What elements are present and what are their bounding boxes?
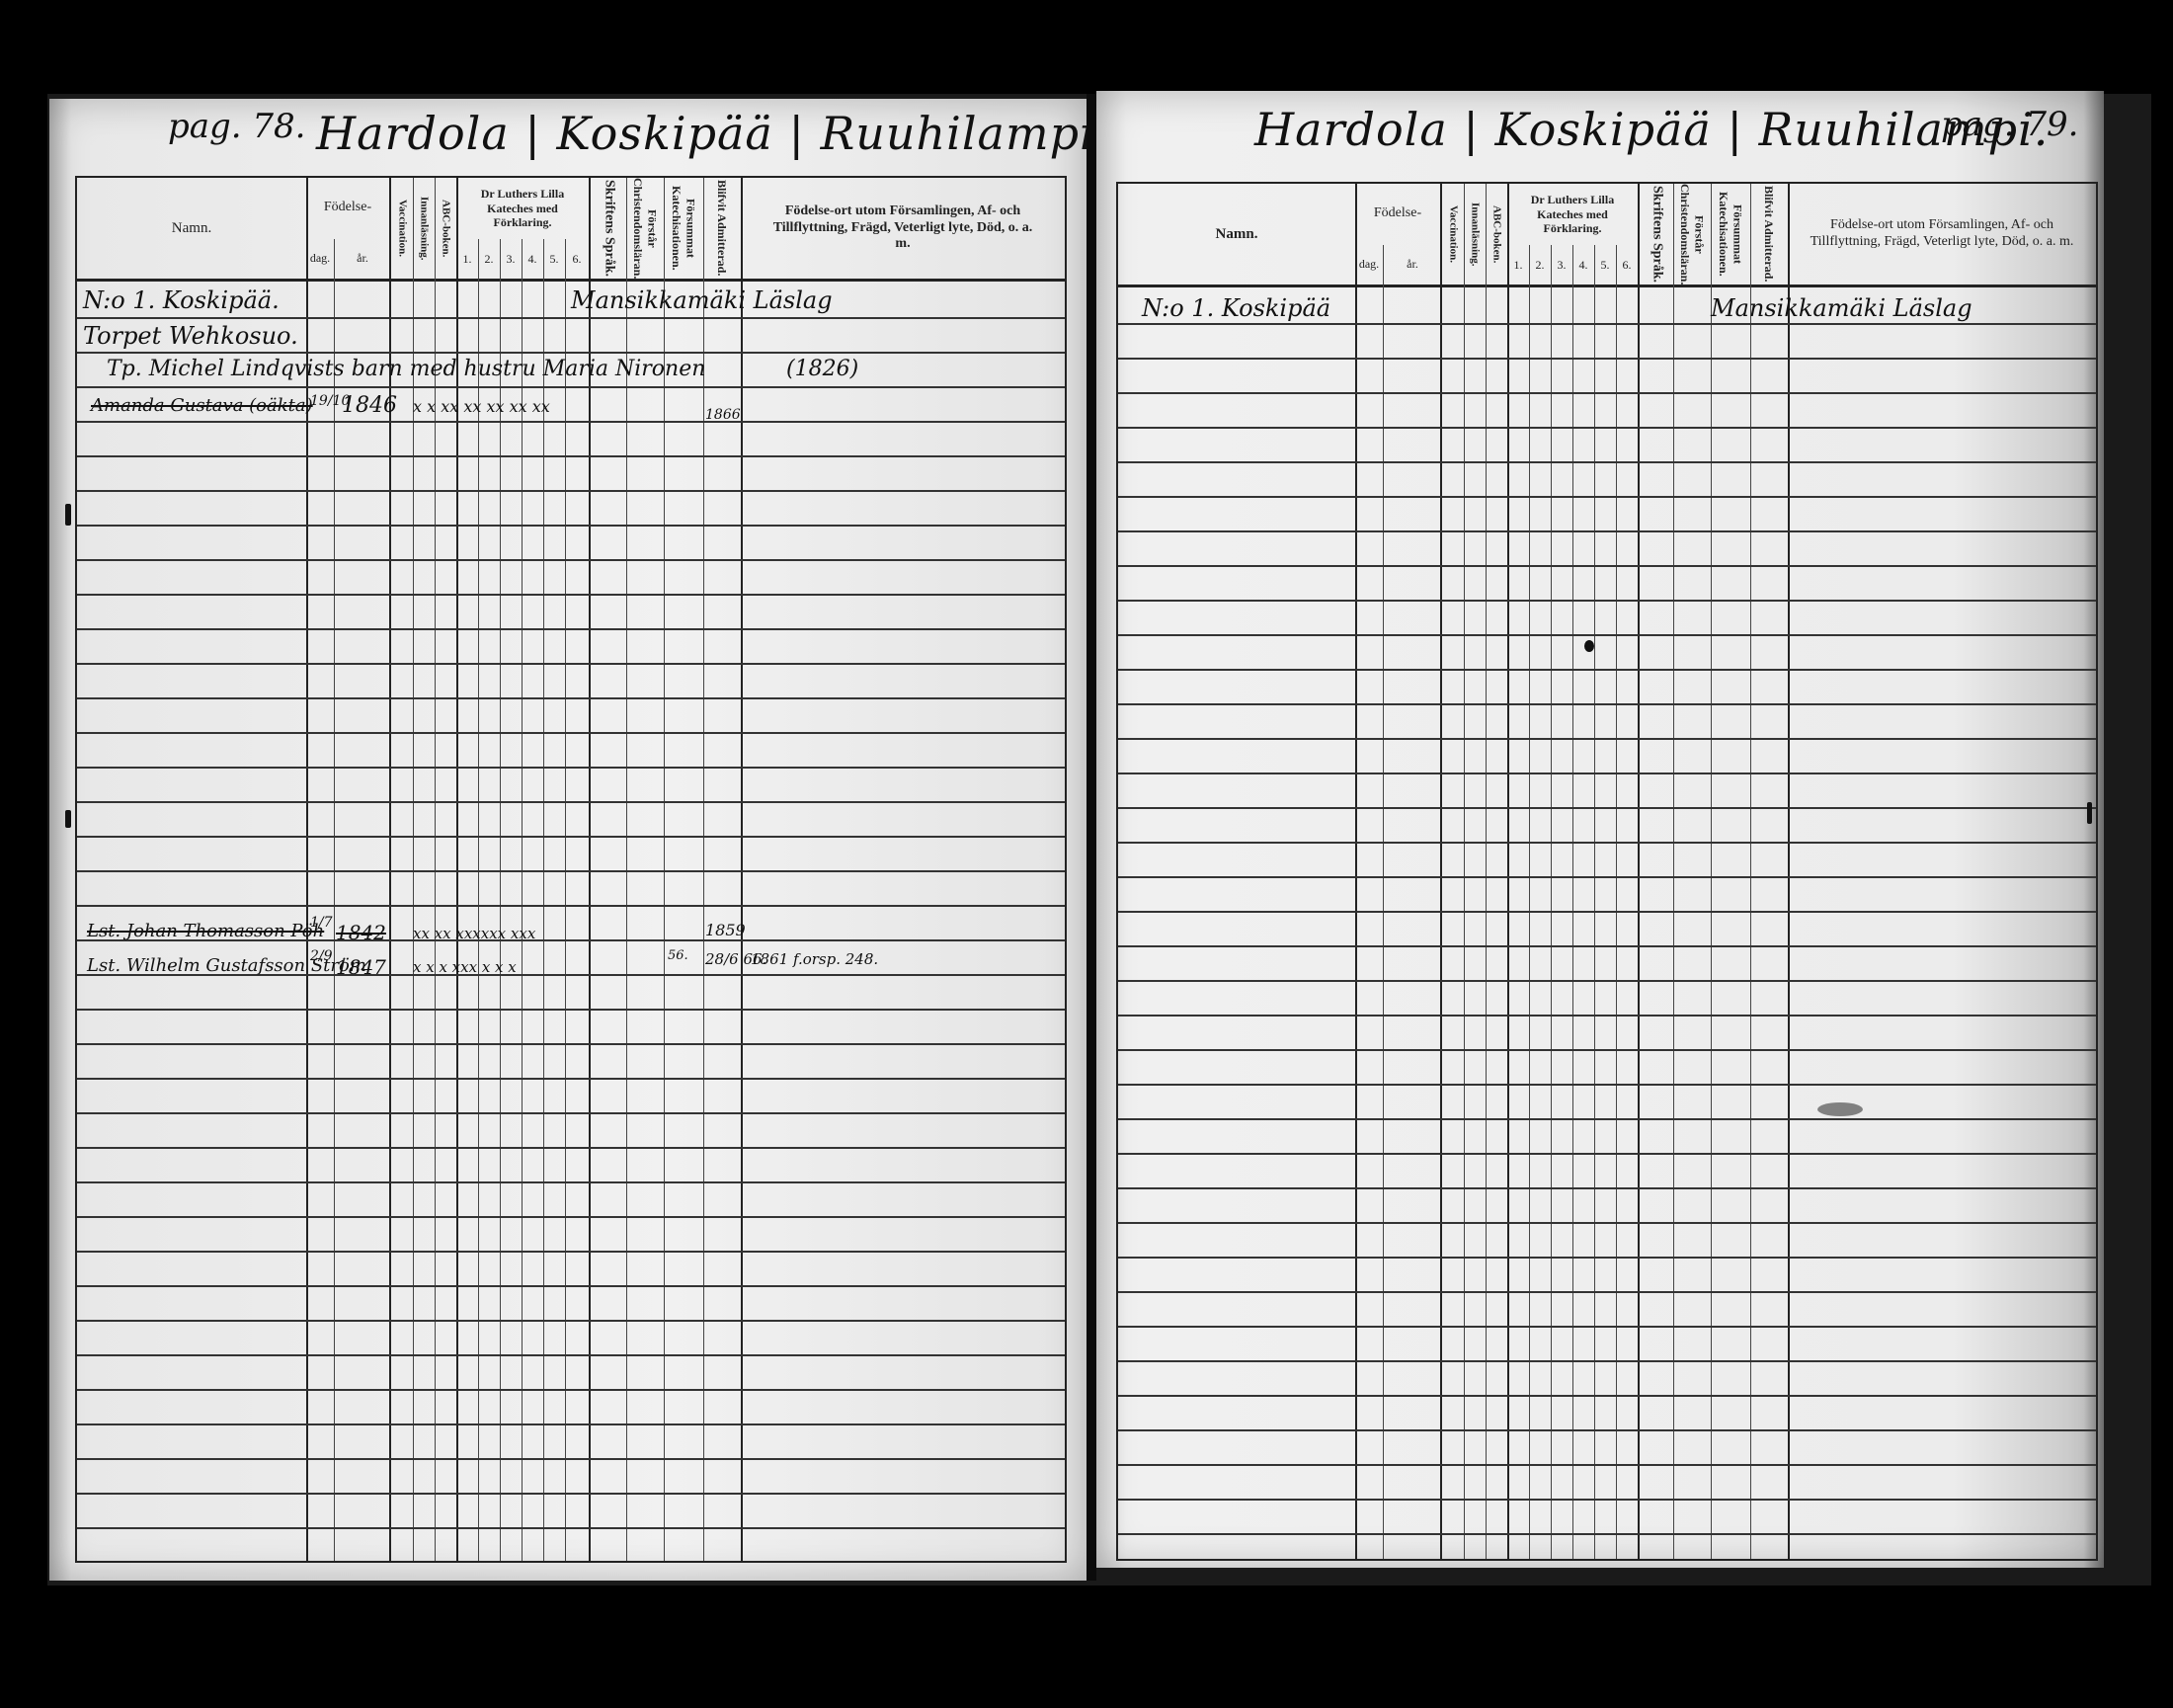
page-heading-left: Hardola | Koskipää | Ruuhilampi. — [316, 107, 1110, 160]
entry-forsummat: 56. — [668, 948, 688, 963]
col-header-namn: Namn. — [77, 178, 306, 279]
col-header-forsummat: Försummat Katechisationen. — [1711, 184, 1750, 285]
page-number-left: pag. 78. — [168, 107, 306, 146]
col-header-katekes-2: 2. — [1529, 247, 1551, 283]
col-header-admitterad: Blifvit Admitterad. — [703, 178, 741, 279]
entry-birth-year: 1846 — [342, 393, 397, 418]
col-header-namn: Namn. — [1118, 184, 1355, 285]
col-header-katekes: Dr Luthers Lilla Kateches med Förklaring… — [456, 178, 589, 239]
register-table-left: Namn. Födelse- dag. år. Vaccination. Inn… — [75, 176, 1067, 1563]
left-page: pag. 78. Hardola | Koskipää | Ruuhilampi… — [49, 99, 1086, 1581]
col-header-innanlasning: Innanläsning. — [1464, 184, 1486, 285]
col-header-forsummat: Försummat Katechisationen. — [664, 178, 703, 279]
col-header-katekes-3: 3. — [1551, 247, 1572, 283]
book-gutter — [1086, 94, 1096, 1581]
entry-birth-year: 1847 — [336, 955, 386, 979]
col-header-ar: år. — [1385, 245, 1440, 283]
entry-reading-district: Mansikkamäki Läslag — [1711, 294, 1972, 322]
right-page: Hardola | Koskipää | Ruuhilampi. pag. 79… — [1096, 91, 2104, 1568]
entry-family-year: (1826) — [786, 357, 858, 381]
col-header-fodelseort: Födelse-ort utom Församlingen, Af- och T… — [741, 178, 1065, 279]
entry-person-name: Amanda Gustava (oäkta) — [91, 395, 313, 416]
col-header-forstar: Förstår Christendomsläran. — [626, 178, 664, 279]
col-header-katekes-3: 3. — [500, 241, 522, 277]
col-header-fodelseort: Födelse-ort utom Församlingen, Af- och T… — [1788, 184, 2096, 285]
entry-birth-day: 2/9 — [310, 948, 333, 964]
col-header-abc: ABC-boken. — [1486, 184, 1507, 285]
col-header-dag: dag. — [1355, 245, 1383, 283]
entry-admitted: 1859 — [705, 921, 746, 939]
col-header-dag: dag. — [306, 239, 334, 277]
register-table-right: Namn. Födelse- dag. år. Vaccination. Inn… — [1116, 182, 2098, 1561]
col-header-admitterad: Blifvit Admitterad. — [1750, 184, 1788, 285]
col-header-ar: år. — [336, 239, 389, 277]
entry-person-name: Lst. Johan Thomasson Pöh — [87, 921, 324, 941]
col-header-katekes-2: 2. — [478, 241, 500, 277]
entry-farm-heading: N:o 1. Koskipää. — [83, 286, 280, 314]
entry-marks: x x x xxx x x x — [413, 958, 517, 976]
col-header-katekes: Dr Luthers Lilla Kateches med Förklaring… — [1507, 184, 1638, 245]
entry-croft-heading: Torpet Wehkosuo. — [83, 322, 298, 350]
entry-birth-year: 1842 — [336, 921, 386, 944]
page-number-right: pag. 79. — [1941, 105, 2079, 144]
entry-birth-day: 1/7 — [310, 915, 333, 931]
col-header-skriftens-sprak: Skriftens Språk. — [591, 178, 626, 279]
col-header-katekes-1: 1. — [456, 241, 478, 277]
col-header-forstar: Förstår Christendomsläran. — [1673, 184, 1711, 285]
col-header-vaccination: Vaccination. — [391, 178, 413, 279]
col-header-skriftens-sprak: Skriftens Språk. — [1640, 184, 1673, 285]
entry-reading-district: Mansikkamäki Läslag — [571, 286, 833, 314]
entry-farm-heading: N:o 1. Koskipää — [1142, 294, 1330, 322]
col-header-fodelse: Födelse- — [306, 178, 389, 237]
col-header-innanlasning: Innanläsning. — [413, 178, 435, 279]
col-header-katekes-5: 5. — [543, 241, 565, 277]
entry-fodelseort: 1861 f.orsp. 248. — [751, 950, 878, 968]
col-header-katekes-1: 1. — [1507, 247, 1529, 283]
col-header-katekes-4: 4. — [1572, 247, 1594, 283]
col-header-fodelse: Födelse- — [1355, 184, 1440, 243]
col-header-katekes-6: 6. — [565, 241, 589, 277]
col-header-katekes-4: 4. — [522, 241, 543, 277]
col-header-vaccination: Vaccination. — [1442, 184, 1464, 285]
col-header-katekes-5: 5. — [1594, 247, 1616, 283]
entry-marks: xx xx xxxxxx xxx — [413, 925, 535, 942]
entry-family-heading: Tp. Michel Lindqvists barn med hustru Ma… — [107, 357, 705, 381]
col-header-katekes-6: 6. — [1616, 247, 1638, 283]
col-header-abc: ABC-boken. — [435, 178, 456, 279]
page-heading-right: Hardola | Koskipää | Ruuhilampi. — [1254, 103, 2049, 156]
entry-admitted: 1866 — [705, 407, 741, 423]
entry-marks: x x xx xx xx xx xx — [413, 397, 550, 416]
